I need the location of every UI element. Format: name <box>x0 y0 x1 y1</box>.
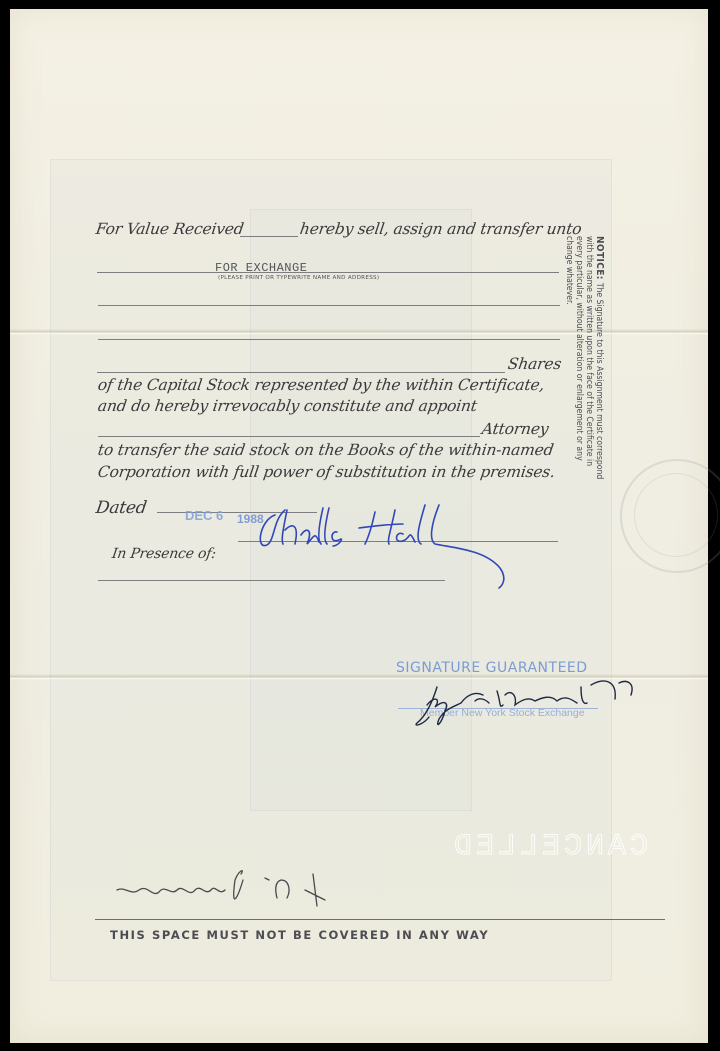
shares-label: Shares <box>507 355 563 373</box>
footer-divider <box>95 919 665 920</box>
transfer-line: to transfer the said stock on the Books … <box>97 441 555 459</box>
corporation-line: Corporation with full power of substitut… <box>97 463 556 481</box>
value-blank-line <box>240 236 298 237</box>
assignee-caption: (PLEASE PRINT OR TYPEWRITE NAME AND ADDR… <box>218 275 379 281</box>
cancelled-perforation: CANCELLED <box>450 830 648 864</box>
assignee-line-1 <box>97 272 559 273</box>
corporate-seal-show-through <box>620 459 720 573</box>
notice-block: NOTICE:The Signature to this Assignment … <box>562 236 604 486</box>
for-value-received-label: For Value Received <box>95 220 245 238</box>
capital-stock-line: of the Capital Stock represented by the … <box>97 376 546 394</box>
footer-warning: THIS SPACE MUST NOT BE COVERED IN ANY WA… <box>110 928 489 942</box>
dated-label: Dated <box>95 498 148 518</box>
assignee-line-2 <box>98 305 560 306</box>
shares-blank-line <box>97 372 505 373</box>
notice-label: NOTICE: <box>594 236 605 280</box>
attorney-label: Attorney <box>481 420 550 438</box>
assignee-line-3 <box>98 339 560 340</box>
signature-charles-hall <box>255 500 515 590</box>
guarantor-signature <box>405 665 665 735</box>
hereby-sell-label: hereby sell, assign and transfer unto <box>299 220 583 238</box>
attorney-blank-line <box>98 436 480 437</box>
in-presence-label: In Presence of: <box>111 546 217 562</box>
witness-line <box>98 580 445 581</box>
date-stamp-month: DEC 6 <box>185 508 223 523</box>
handwritten-note-inverted <box>95 860 335 920</box>
constitute-line: and do hereby irrevocably constitute and… <box>97 397 478 415</box>
